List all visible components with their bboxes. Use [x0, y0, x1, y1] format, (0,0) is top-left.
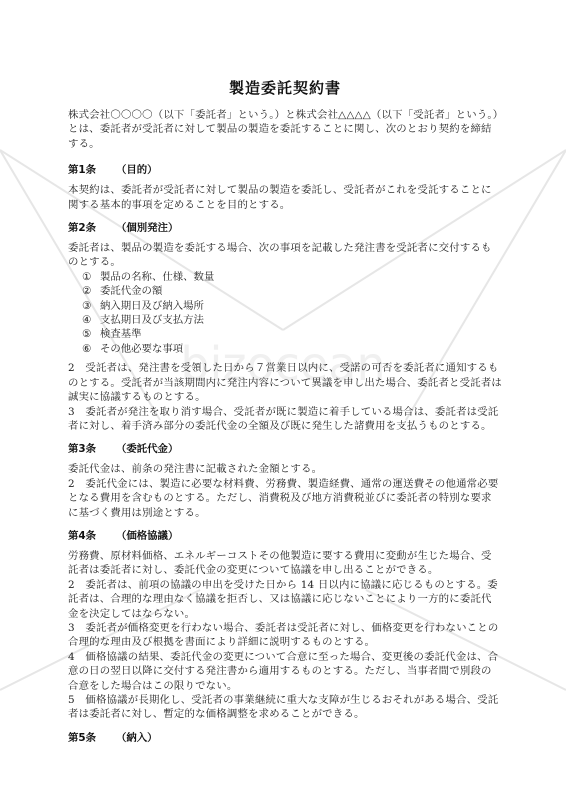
list-item: ④支払期日及び支払方法	[68, 313, 502, 327]
article-5: 第5条（納入）	[68, 731, 502, 745]
article-title: （個別発注）	[116, 222, 178, 234]
article-intro: 委託者は、製品の製造を委託する場合、次の事項を記載した発注書を受託者に交付するも…	[68, 241, 502, 270]
article-number: 第3条	[68, 442, 116, 456]
article-heading: 第5条（納入）	[68, 731, 502, 745]
article-4: 第4条（価格協議） 労務費、原材料価格、エネルギーコストその他製造に要する費用に…	[68, 529, 502, 722]
article-number: 第5条	[68, 731, 116, 745]
article-heading: 第2条（個別発注）	[68, 221, 502, 235]
article-1: 第1条（目的） 本契約は、委託者が受託者に対して製品の製造を委託し、受託者がこれ…	[68, 163, 502, 212]
article-3: 第3条（委託代金） 委託代金は、前条の発注書に記載された金額とする。 2 委託代…	[68, 442, 502, 520]
document-page: 製造委託契約書 株式会社〇〇〇〇（以下「委託者」という。）と株式会社△△△△（以…	[68, 78, 502, 751]
article-paragraph: 3 委託者が価格変更を行わない場合、委託者は受託者に対し、価格変更を行わないこと…	[68, 621, 502, 650]
article-title: （委託代金）	[116, 443, 178, 455]
article-heading: 第3条（委託代金）	[68, 442, 502, 456]
order-items-list: ①製品の名称、仕様、数量 ②委託代金の額 ③納入期日及び納入場所 ④支払期日及び…	[68, 270, 502, 356]
article-title: （価格協議）	[116, 530, 178, 542]
list-item: ②委託代金の額	[68, 284, 502, 298]
list-item: ①製品の名称、仕様、数量	[68, 270, 502, 284]
document-title: 製造委託契約書	[68, 78, 502, 98]
article-paragraph: 本契約は、委託者が受託者に対して製品の製造を委託し、受託者がこれを受託することに…	[68, 183, 502, 212]
article-number: 第4条	[68, 529, 116, 543]
article-paragraph: 3 委託者が発注を取り消す場合、受託者が既に製造に着手している場合は、委託者は受…	[68, 405, 502, 434]
article-2: 第2条（個別発注） 委託者は、製品の製造を委託する場合、次の事項を記載した発注書…	[68, 221, 502, 433]
article-paragraph: 2 委託者は、前項の協議の申出を受けた日から 14 日以内に協議に応じるものとす…	[68, 578, 502, 621]
article-number: 第1条	[68, 163, 116, 177]
article-number: 第2条	[68, 221, 116, 235]
article-paragraph: 委託代金は、前条の発注書に記載された金額とする。	[68, 462, 502, 476]
article-paragraph: 2 受託者は、発注書を受領した日から７営業日以内に、受諾の可否を委託者に通知する…	[68, 361, 502, 404]
article-paragraph: 5 価格協議が長期化し、受託者の事業継続に重大な支障が生じるおそれがある場合、受…	[68, 693, 502, 722]
article-heading: 第4条（価格協議）	[68, 529, 502, 543]
article-paragraph: 4 価格協議の結果、委託代金の変更について合意に至った場合、変更後の委託代金は、…	[68, 650, 502, 693]
article-title: （納入）	[116, 732, 158, 744]
list-item: ③納入期日及び納入場所	[68, 299, 502, 313]
list-item: ⑥その他必要な事項	[68, 342, 502, 356]
preamble: 株式会社〇〇〇〇（以下「委託者」という。）と株式会社△△△△（以下「受託者」とい…	[68, 108, 502, 151]
article-heading: 第1条（目的）	[68, 163, 502, 177]
article-title: （目的）	[116, 164, 158, 176]
article-paragraph: 2 委託代金には、製造に必要な材料費、労務費、製造経費、通常の運送費その他通常必…	[68, 477, 502, 520]
list-item: ⑤検査基準	[68, 327, 502, 341]
article-paragraph: 労務費、原材料価格、エネルギーコストその他製造に要する費用に変動が生じた場合、受…	[68, 549, 502, 578]
